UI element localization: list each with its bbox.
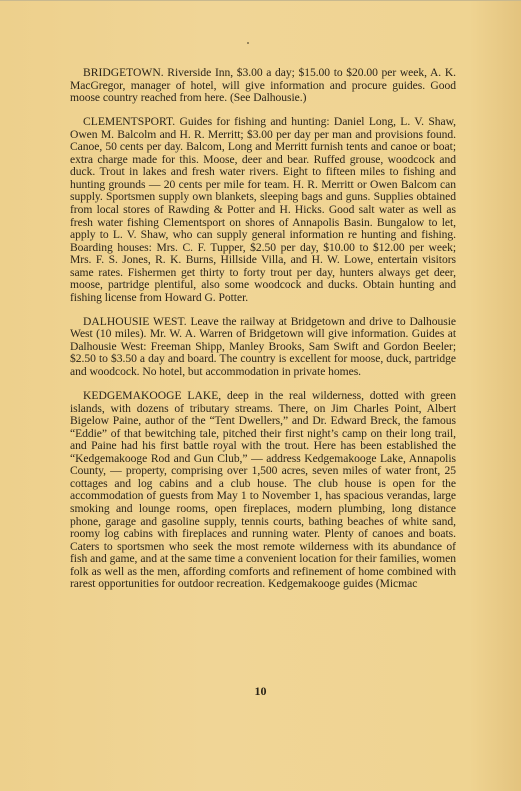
document-page: BRIDGETOWN. Riverside Inn, $3.00 a day; … bbox=[0, 0, 521, 791]
place-heading-clementsport: CLEMENTSPORT. bbox=[83, 115, 175, 128]
page-number: 10 bbox=[0, 684, 521, 699]
paragraph-bridgetown: BRIDGETOWN. Riverside Inn, $3.00 a day; … bbox=[70, 67, 456, 105]
paper-speck bbox=[247, 42, 249, 44]
paragraph-body: Guides for fishing and hunting: Daniel L… bbox=[70, 115, 456, 304]
place-heading-kedgemakooge-lake: KEDGEMAKOOGE LAKE, bbox=[83, 389, 221, 402]
place-heading-bridgetown: BRIDGETOWN. bbox=[83, 66, 164, 79]
body-text: BRIDGETOWN. Riverside Inn, $3.00 a day; … bbox=[70, 67, 456, 602]
paragraph-kedgemakooge-lake: KEDGEMAKOOGE LAKE, deep in the real wild… bbox=[70, 390, 456, 591]
paragraph-dalhousie-west: DALHOUSIE WEST. Leave the railway at Bri… bbox=[70, 316, 456, 379]
place-heading-dalhousie-west: DALHOUSIE WEST. bbox=[83, 315, 187, 328]
paragraph-clementsport: CLEMENTSPORT. Guides for fishing and hun… bbox=[70, 116, 456, 304]
paragraph-body: deep in the real wilderness, dotted with… bbox=[70, 389, 456, 590]
